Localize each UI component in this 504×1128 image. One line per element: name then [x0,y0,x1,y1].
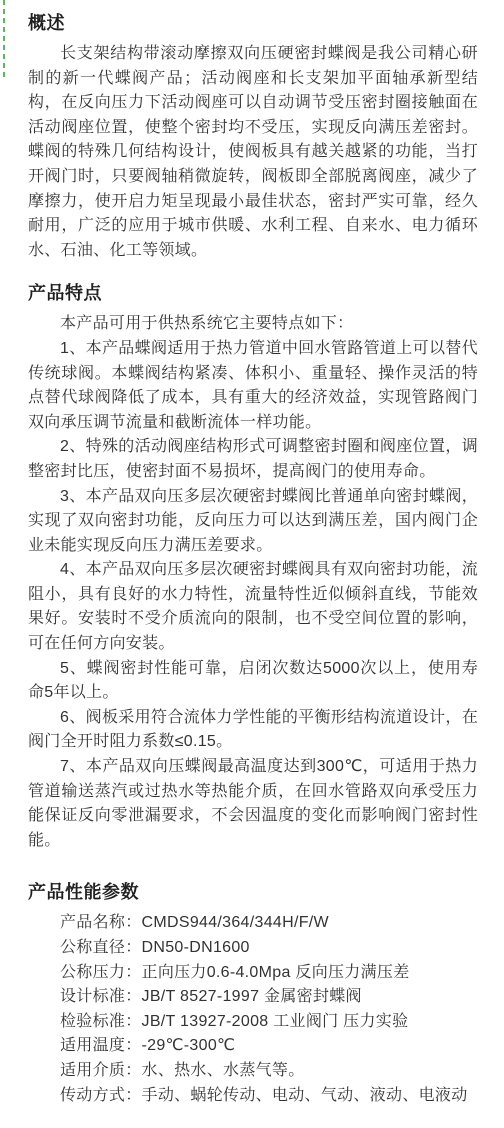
param-row-temperature-range: 适用温度：-29℃-300℃ [28,1034,478,1059]
param-label: 公称压力： [60,964,142,981]
feature-item-1: 1、本产品蝶阀适用于热力管道中回水管路管道上可以替代传统球阀。本蝶阀结构紧凑、体… [28,337,478,435]
param-row-applicable-medium: 适用介质：水、热水、水蒸气等。 [28,1059,478,1084]
param-value: -29℃-300℃ [142,1037,236,1054]
param-label: 适用介质： [60,1062,142,1079]
article-page: 概述 长支架结构带滚动摩擦双向压硬密封蝶阀是我公司精心研制的新一代蝶阀产品；活动… [0,0,504,1128]
param-row-nominal-diameter: 公称直径：DN50-DN1600 [28,936,478,961]
feature-item-2: 2、特殊的活动阀座结构形式可调整密封圈和阀座位置，调整密封比压，使密封面不易损坏… [28,435,478,484]
features-heading: 产品特点 [28,280,478,306]
param-value: JB/T 8527-1997 金属密封蝶阀 [142,988,362,1005]
features-intro: 本产品可用于供热系统它主要特点如下： [28,312,478,337]
param-row-nominal-pressure: 公称压力：正向压力0.6-4.0Mpa 反向压力满压差 [28,961,478,986]
param-value: 正向压力0.6-4.0Mpa 反向压力满压差 [142,964,410,981]
param-label: 设计标准： [60,988,142,1005]
param-value: 水、热水、水蒸气等。 [142,1062,305,1079]
feature-item-7: 7、本产品双向压蝶阀最高温度达到300℃，可适用于热力管道输送蒸汽或过热水等热能… [28,755,478,853]
section-overview: 概述 长支架结构带滚动摩擦双向压硬密封蝶阀是我公司精心研制的新一代蝶阀产品；活动… [28,10,478,263]
section-parameters: 产品性能参数 产品名称：CMDS944/364/344H/F/W 公称直径：DN… [28,879,478,1108]
param-label: 传动方式： [60,1087,142,1104]
param-label: 公称直径： [60,939,142,956]
param-value: DN50-DN1600 [142,939,250,956]
param-row-design-standard: 设计标准：JB/T 8527-1997 金属密封蝶阀 [28,985,478,1010]
param-row-inspection-standard: 检验标准：JB/T 13927-2008 工业阀门 压力实验 [28,1010,478,1035]
param-value: 手动、蜗轮传动、电动、气动、液动、电液动 [142,1087,468,1104]
param-value: JB/T 13927-2008 工业阀门 压力实验 [142,1013,409,1030]
left-dashed-divider [3,0,5,77]
param-label: 产品名称： [60,914,142,931]
parameters-heading: 产品性能参数 [28,879,478,905]
feature-item-5: 5、蝶阀密封性能可靠，启闭次数达5000次以上，使用寿命5年以上。 [28,657,478,706]
param-row-actuation-type: 传动方式：手动、蜗轮传动、电动、气动、液动、电液动 [28,1084,478,1109]
section-features: 产品特点 本产品可用于供热系统它主要特点如下： 1、本产品蝶阀适用于热力管道中回… [28,280,478,853]
param-label: 适用温度： [60,1037,142,1054]
feature-item-3: 3、本产品双向压多层次硬密封蝶阀比普通单向密封蝶阀，实现了双向密封功能，反向压力… [28,485,478,559]
param-value: CMDS944/364/344H/F/W [142,914,329,931]
param-row-product-name: 产品名称：CMDS944/364/344H/F/W [28,911,478,936]
overview-heading: 概述 [28,10,478,36]
overview-paragraph: 长支架结构带滚动摩擦双向压硬密封蝶阀是我公司精心研制的新一代蝶阀产品；活动阀座和… [28,42,478,263]
feature-item-6: 6、阀板采用符合流体力学性能的平衡形结构流道设计，在阀门全开时阻力系数≤0.15… [28,706,478,755]
param-label: 检验标准： [60,1013,142,1030]
feature-item-4: 4、本产品双向压多层次硬密封蝶阀具有双向密封功能，流阻小，具有良好的水力特性，流… [28,558,478,656]
